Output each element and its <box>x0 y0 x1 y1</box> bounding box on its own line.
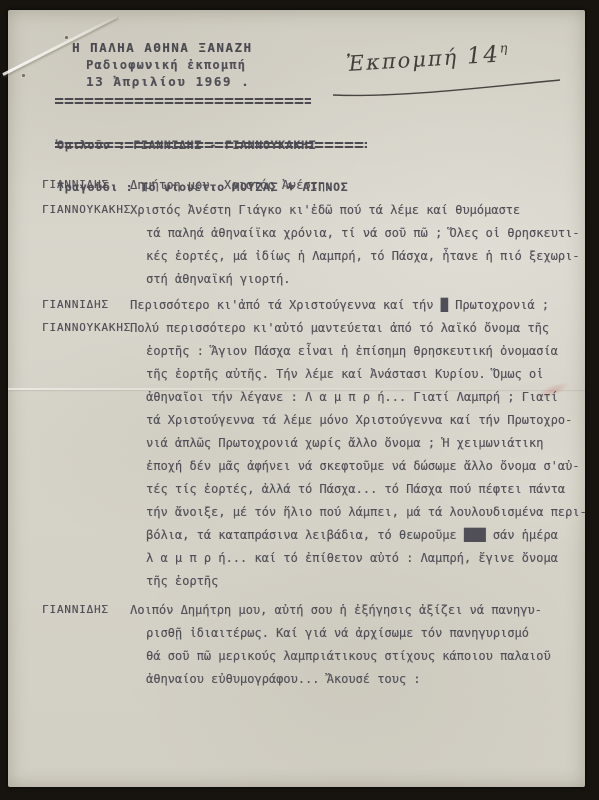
speaker-label: ΓΙΑΝΝΙΔΗΣ <box>42 178 109 191</box>
dialogue-speech: ΓΙΑΝΝΙΔΗΣ Περισσότερο κι'ἀπό τά Χριστούγ… <box>42 294 572 317</box>
dialogue-script: ΓΙΑΝΝΙΔΗΣ Δημήτρη μου, Χριστός Ἀνέστη. Γ… <box>42 174 572 691</box>
dialogue-line: τές τίς ἑορτές, ἀλλά τό Πάσχα... τό Πάσχ… <box>130 478 572 501</box>
handwritten-note: Ἐκπομπή 14η <box>345 41 510 77</box>
dialogue-line: ἀθηναίου εὐθυμογράφου... Ἄκουσέ τους : <box>130 668 572 691</box>
handwritten-note-number: 14 <box>466 42 501 70</box>
dialogue-line: Περισσότερο κι'ἀπό τά Χριστούγεννα καί τ… <box>130 294 572 317</box>
handwritten-underline <box>330 76 564 100</box>
broadcast-date: 13 Ἀπριλίου 1969 . <box>86 74 250 89</box>
scan-background: { "document": { "header": { "title": "Η … <box>0 0 599 800</box>
dialogue-line: νιά ἁπλῶς Πρωτοχρονιά χωρίς ἄλλο ὄνομα ;… <box>130 432 572 455</box>
speaker-label: ΓΙΑΝΝΟΥΚΑΚΗΣ <box>42 203 131 216</box>
dialogue-line: τά Χριστούγεννα τά λέμε μόνο Χριστούγενν… <box>130 409 572 432</box>
dialogue-line: κές ἑορτές, μά ἰδίως ἡ Λαμπρή, τό Πάσχα,… <box>130 245 572 268</box>
page-title: Η ΠΑΛΗΑ ΑΘΗΝΑ ΞΑΝΑΖΗ <box>72 40 253 55</box>
dialogue-speech: ΓΙΑΝΝΟΥΚΑΚΗΣ Πολύ περισσότερο κι'αὐτό μα… <box>42 317 572 593</box>
dialogue-line: ἀθηναῖοι τήν λέγανε : Λ α μ π ρ ή... Για… <box>130 386 572 409</box>
dialogue-speech: ΓΙΑΝΝΟΥΚΑΚΗΣ Χριστός Ἀνέστη Γιάγκο κι'ἐδ… <box>42 199 572 291</box>
dialogue-line: τῆς ἑορτῆς αὐτῆς. Τήν λέμε καί Ἀνάστασι … <box>130 363 572 386</box>
speaker-label: ΓΙΑΝΝΙΔΗΣ <box>42 603 109 616</box>
dialogue-line: Χριστός Ἀνέστη Γιάγκο κι'ἐδῶ πού τά λέμε… <box>130 199 572 222</box>
dialogue-speech: ΓΙΑΝΝΙΔΗΣ Δημήτρη μου, Χριστός Ἀνέστη. <box>42 174 572 197</box>
page-subtitle: Ραδιοφωνική ἐκπομπή <box>86 58 246 72</box>
dialogue-line: Λοιπόν Δημήτρη μου, αὐτή σου ἡ ἐξήγησις … <box>130 599 572 622</box>
dialogue-speech: ΓΙΑΝΝΙΔΗΣ Λοιπόν Δημήτρη μου, αὐτή σου ἡ… <box>42 599 572 691</box>
handwritten-note-ordinal: η <box>499 41 510 57</box>
divider-line <box>55 142 367 148</box>
scanned-page: Η ΠΑΛΗΑ ΑΘΗΝΑ ΞΑΝΑΖΗ Ραδιοφωνική ἐκπομπή… <box>8 10 585 787</box>
dialogue-line: ἑορτῆς : Ἅγιον Πάσχα εἶναι ἡ ἐπίσημη θρη… <box>130 340 572 363</box>
dialogue-line: στή ἀθηναϊκή γιορτή. <box>130 268 572 291</box>
pinhole <box>64 35 69 40</box>
dialogue-line: τά παληά ἀθηναίϊκα χρόνια, τί νά σοῦ πῶ … <box>130 222 572 245</box>
pinhole <box>21 73 26 78</box>
dialogue-line: βόλια, τά καταπράσινα λειβάδια, τό θεωρο… <box>130 524 572 547</box>
dialogue-line: τήν ἄνοιξε, μέ τόν ἥλιο πού λάμπει, μά τ… <box>130 501 572 524</box>
dialogue-line: θά σοῦ πῶ μερικούς λαμπριάτικους στίχους… <box>130 645 572 668</box>
divider-line <box>55 98 311 104</box>
handwritten-note-word: Ἐκπομπή <box>345 45 467 76</box>
dialogue-line: ἐποχή δέν μᾶς ἀφήνει νά σκεφτοῦμε νά δώσ… <box>130 455 572 478</box>
dialogue-line: τῆς ἑορτῆς <box>130 570 572 593</box>
speaker-label: ΓΙΑΝΝΙΔΗΣ <box>42 298 109 311</box>
speaker-label: ΓΙΑΝΝΟΥΚΑΚΗΣ <box>42 321 131 334</box>
dialogue-line: Πολύ περισσότερο κι'αὐτό μαντεύεται ἀπό … <box>130 317 572 340</box>
dialogue-line: ρισθῇ ἰδιαιτέρως. Καί γιά νά ἀρχίσωμε τό… <box>130 622 572 645</box>
dialogue-line: Δημήτρη μου, Χριστός Ἀνέστη. <box>130 174 572 197</box>
dialogue-line: λ α μ π ρ ή... καί τό ἐπίθετον αὐτό : Λα… <box>130 547 572 570</box>
